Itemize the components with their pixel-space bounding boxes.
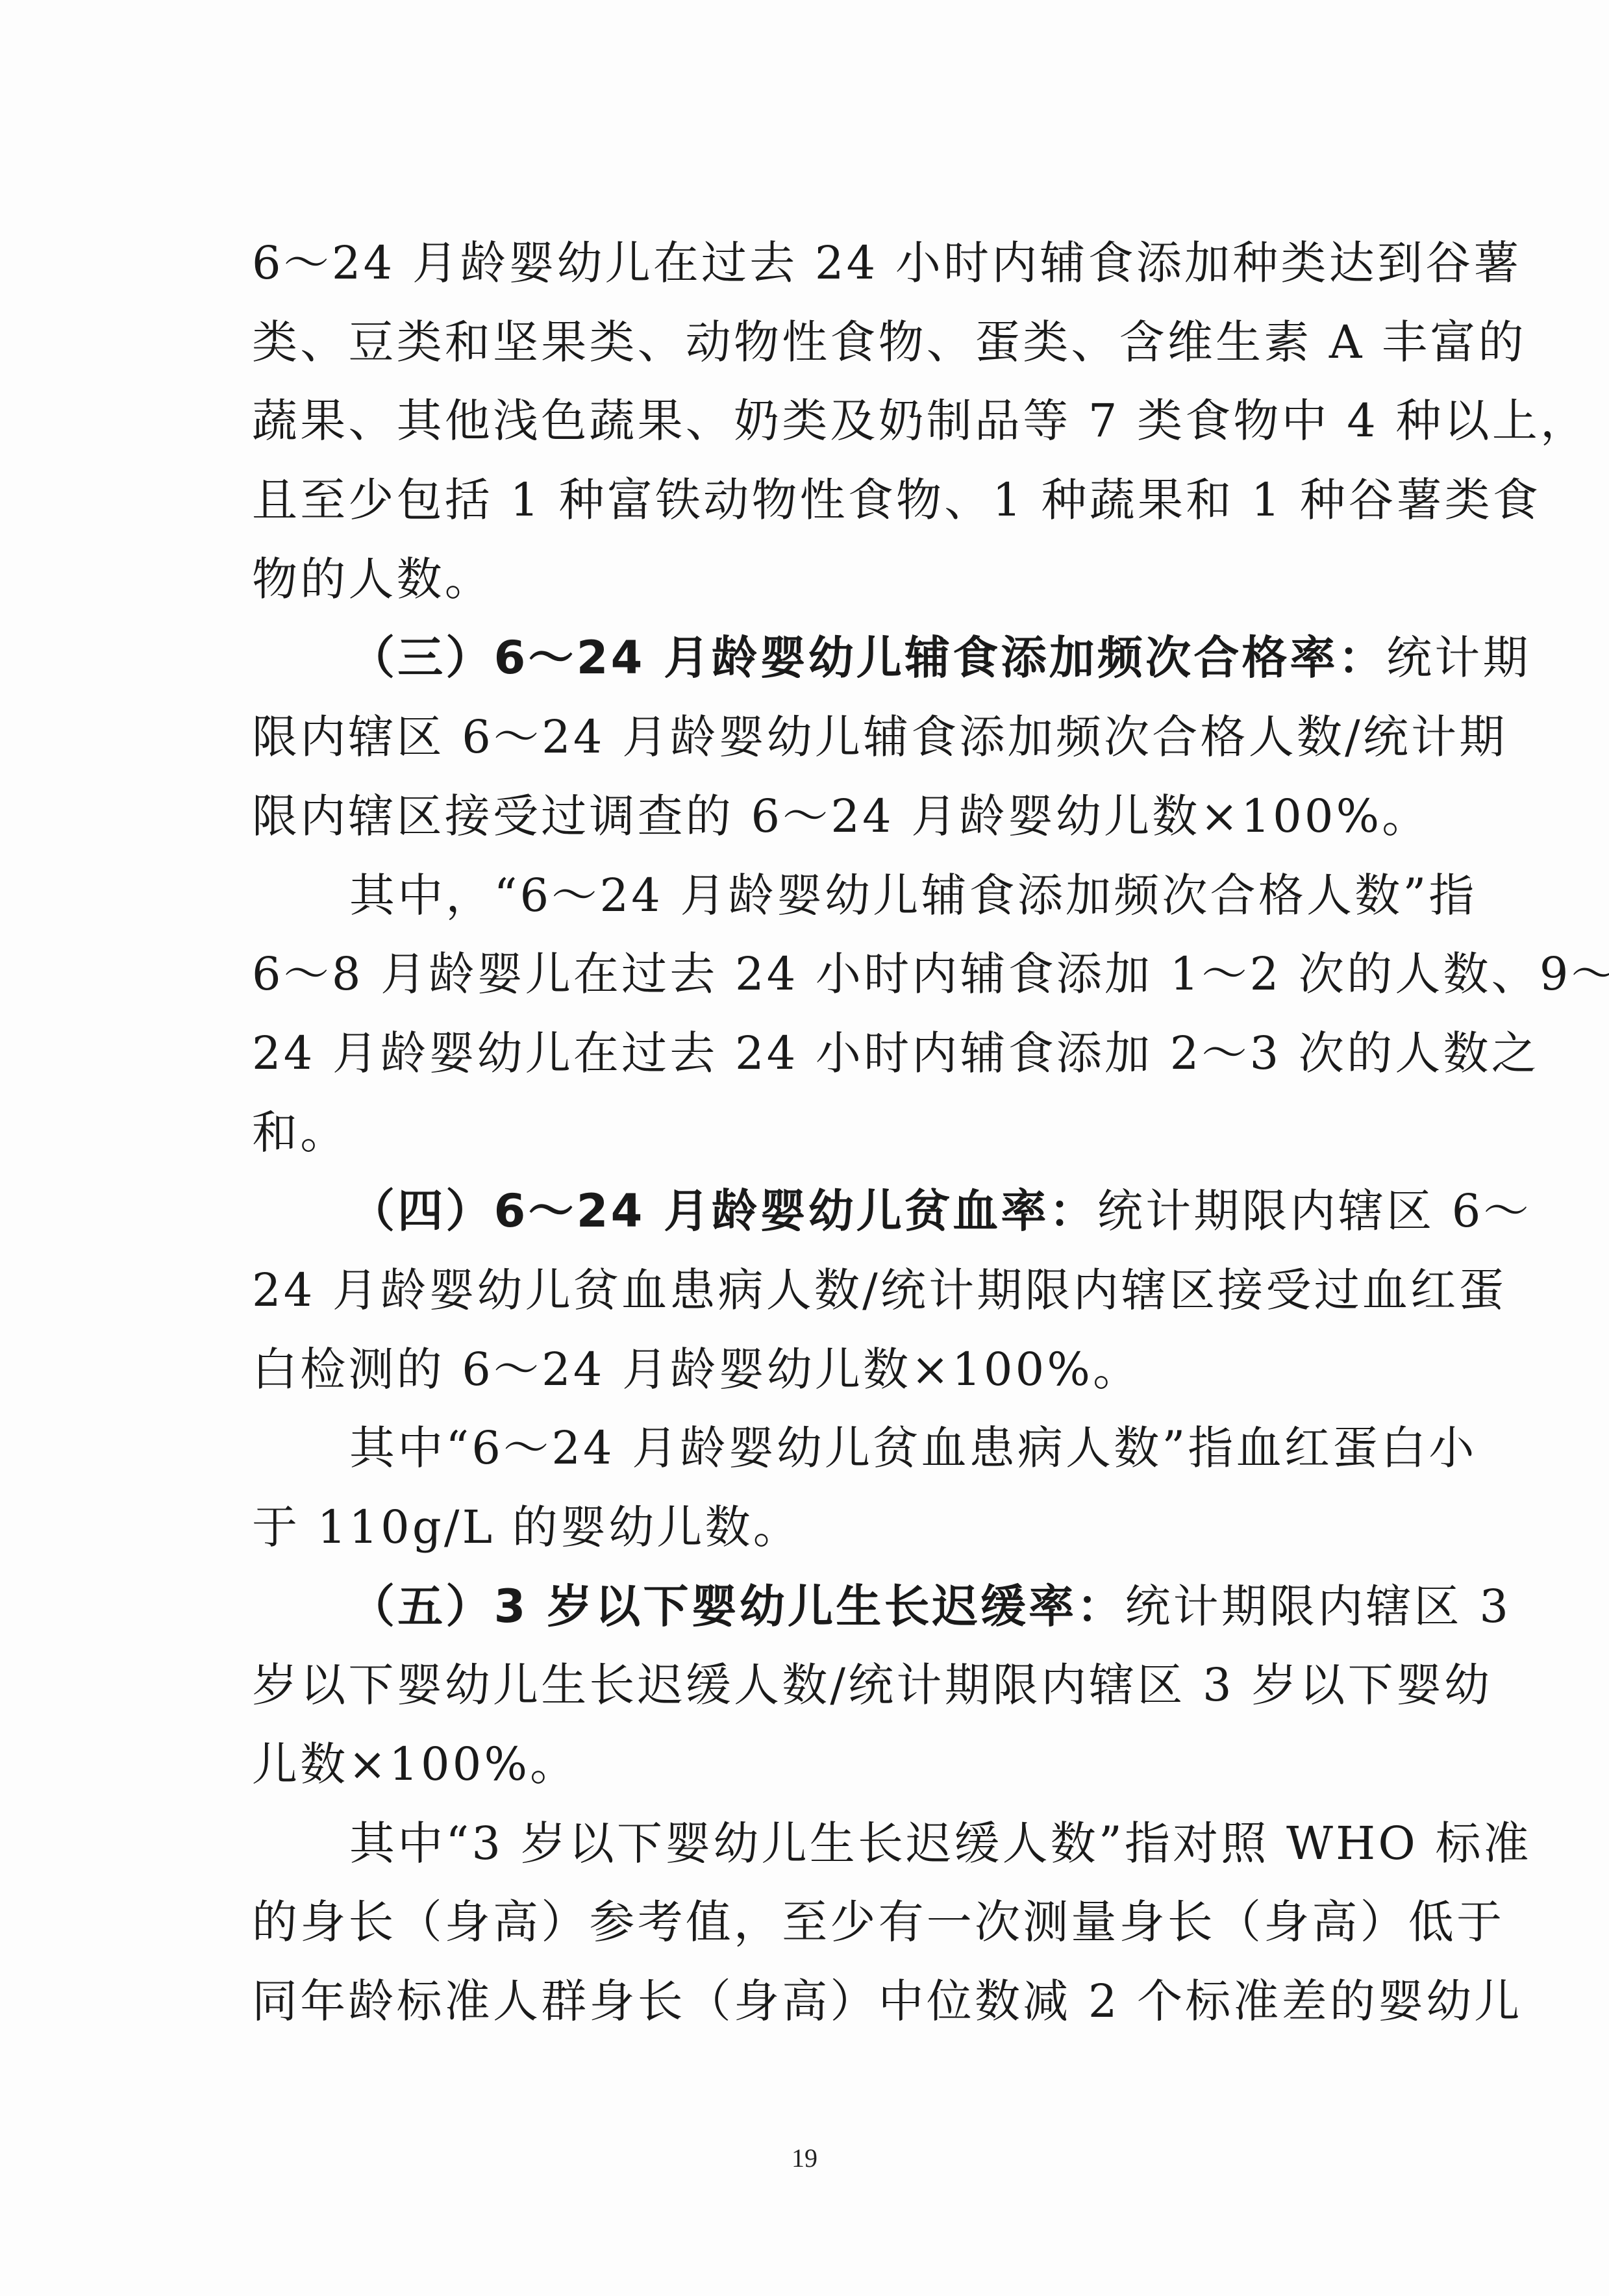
line-text: 蔬果、其他浅色蔬果、奶类及奶制品等 7 类食物中 4 种以上， [252,394,1588,447]
line-text: 类、豆类和坚果类、动物性食物、蛋类、含维生素 A 丰富的 [252,316,1527,369]
paragraph-first-line: 其中“3 岁以下婴幼儿生长迟缓人数”指对照 WHO 标准 [252,1804,1382,1884]
paragraph-first-line: 其中“6～24 月龄婴幼儿贫血患病人数”指血红蛋白小 [252,1409,1382,1488]
paragraph-first-line: （三）6～24 月龄婴幼儿辅食添加频次合格率：统计期 [252,619,1382,698]
paragraph-first-line: （五）3 岁以下婴幼儿生长迟缓率：统计期限内辖区 3 [252,1567,1382,1647]
line-text: 的身长（身高）参考值，至少有一次测量身长（身高）低于 [252,1895,1504,1949]
line-text: 6～24 月龄婴幼儿在过去 24 小时内辅食添加种类达到谷薯 [252,236,1521,290]
line-text: 限内辖区接受过调查的 6～24 月龄婴幼儿数×100%。 [252,790,1430,843]
text-line: 24 月龄婴幼儿贫血患病人数/统计期限内辖区接受过血红蛋 [252,1251,1382,1330]
text-line: 于 110g/L 的婴幼儿数。 [252,1488,1382,1567]
line-text: 于 110g/L 的婴幼儿数。 [252,1501,801,1554]
text-line: 6～8 月龄婴儿在过去 24 小时内辅食添加 1～2 次的人数、9～ [252,935,1382,1014]
line-text: 物的人数。 [252,553,493,606]
line-text: 24 月龄婴幼儿在过去 24 小时内辅食添加 2～3 次的人数之 [252,1027,1540,1080]
text-line: 且至少包括 1 种富铁动物性食物、1 种蔬果和 1 种谷薯类食 [252,461,1382,540]
line-text: 6～8 月龄婴儿在过去 24 小时内辅食添加 1～2 次的人数、9～ [252,947,1609,1001]
line-text: 限内辖区 6～24 月龄婴幼儿辅食添加频次合格人数/统计期 [252,710,1508,764]
page-number: 19 [0,2143,1609,2173]
paragraph-first-line: 其中，“6～24 月龄婴幼儿辅食添加频次合格人数”指 [252,856,1382,936]
body-text: 6～24 月龄婴幼儿在过去 24 小时内辅食添加种类达到谷薯类、豆类和坚果类、动… [252,224,1382,2041]
section-heading: （四）6～24 月龄婴幼儿贫血率： [349,1184,1097,1238]
line-text: 儿数×100%。 [252,1738,578,1791]
line-text: 其中，“6～24 月龄婴幼儿辅食添加频次合格人数”指 [349,869,1477,922]
text-line: 类、豆类和坚果类、动物性食物、蛋类、含维生素 A 丰富的 [252,303,1382,382]
line-text: 其中“3 岁以下婴幼儿生长迟缓人数”指对照 WHO 标准 [349,1817,1532,1870]
line-text: 岁以下婴幼儿生长迟缓人数/统计期限内辖区 3 岁以下婴幼 [252,1658,1492,1712]
document-page: 6～24 月龄婴幼儿在过去 24 小时内辅食添加种类达到谷薯类、豆类和坚果类、动… [0,0,1609,2296]
line-text: 白检测的 6～24 月龄婴幼儿数×100%。 [252,1343,1141,1396]
text-line: 物的人数。 [252,540,1382,619]
text-line: 白检测的 6～24 月龄婴幼儿数×100%。 [252,1330,1382,1410]
section-heading: （五）3 岁以下婴幼儿生长迟缓率： [349,1580,1125,1633]
text-line: 岁以下婴幼儿生长迟缓人数/统计期限内辖区 3 岁以下婴幼 [252,1646,1382,1725]
text-line: 24 月龄婴幼儿在过去 24 小时内辅食添加 2～3 次的人数之 [252,1014,1382,1093]
text-line: 和。 [252,1093,1382,1173]
section-heading: （三）6～24 月龄婴幼儿辅食添加频次合格率： [349,631,1386,684]
line-text: 同年龄标准人群身长（身高）中位数减 2 个标准差的婴幼儿 [252,1975,1523,2028]
line-text: 统计期限内辖区 6～ [1097,1184,1532,1238]
text-line: 蔬果、其他浅色蔬果、奶类及奶制品等 7 类食物中 4 种以上， [252,382,1382,461]
text-line: 6～24 月龄婴幼儿在过去 24 小时内辅食添加种类达到谷薯 [252,224,1382,303]
line-text: 且至少包括 1 种富铁动物性食物、1 种蔬果和 1 种谷薯类食 [252,473,1541,527]
text-line: 限内辖区接受过调查的 6～24 月龄婴幼儿数×100%。 [252,777,1382,856]
line-text: 统计期 [1386,631,1531,684]
text-line: 同年龄标准人群身长（身高）中位数减 2 个标准差的婴幼儿 [252,1962,1382,2041]
text-line: 限内辖区 6～24 月龄婴幼儿辅食添加频次合格人数/统计期 [252,698,1382,777]
line-text: 其中“6～24 月龄婴幼儿贫血患病人数”指血红蛋白小 [349,1421,1477,1475]
text-line: 的身长（身高）参考值，至少有一次测量身长（身高）低于 [252,1883,1382,1962]
paragraph-first-line: （四）6～24 月龄婴幼儿贫血率：统计期限内辖区 6～ [252,1172,1382,1251]
line-text: 24 月龄婴幼儿贫血患病人数/统计期限内辖区接受过血红蛋 [252,1264,1507,1317]
text-line: 儿数×100%。 [252,1725,1382,1804]
line-text: 和。 [252,1106,348,1159]
line-text: 统计期限内辖区 3 [1125,1580,1511,1633]
